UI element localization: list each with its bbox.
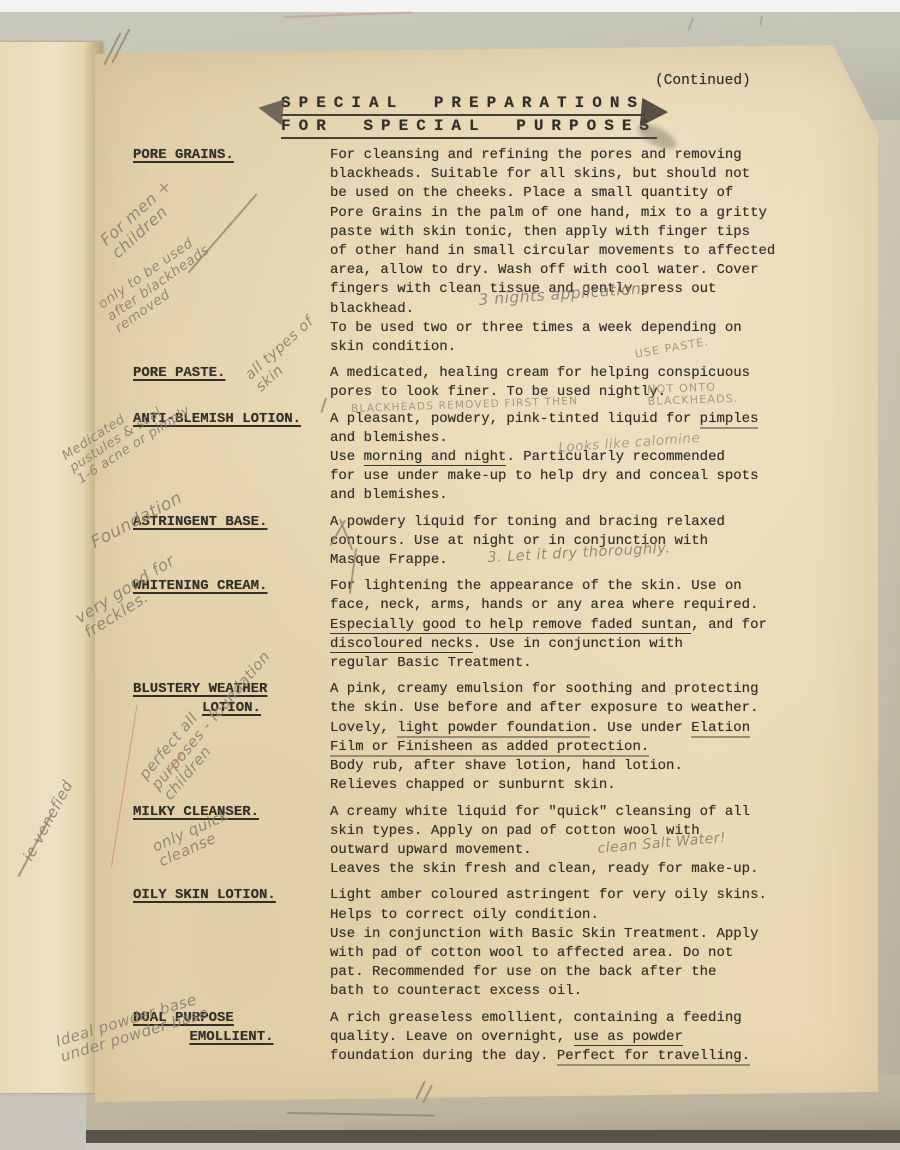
scanned-document: (Continued) SPECIAL PREPARATIONS FOR SPE…	[0, 0, 900, 1150]
section-body: A pleasant, powdery, pink-tinted liquid …	[330, 410, 823, 506]
section-body: Light amber coloured astringent for very…	[330, 886, 823, 1001]
annotation-not-onto-blackheads: NOT ONTOBLACKHEADS.	[647, 381, 739, 408]
section-oily-skin-lotion: OILY SKIN LOTION.Light amber coloured as…	[133, 886, 823, 1001]
title-left-arrow-mark	[257, 97, 285, 125]
section-heading: OILY SKIN LOTION.	[133, 886, 330, 1001]
continued-label: (Continued)	[655, 73, 751, 89]
bottom-left-corner-paper	[0, 1083, 86, 1150]
scan-bottom-strip	[0, 1143, 900, 1150]
section-body: For lightening the appearance of the ski…	[330, 577, 823, 673]
page-title-line2: FOR SPECIAL PURPOSES	[281, 116, 657, 139]
section-body: A creamy white liquid for "quick" cleans…	[330, 803, 823, 880]
document-page: (Continued) SPECIAL PREPARATIONS FOR SPE…	[95, 45, 878, 1103]
section-astringent-base: ASTRINGENT BASE.A powdery liquid for ton…	[133, 513, 823, 571]
page-title: SPECIAL PREPARATIONS FOR SPECIAL PURPOSE…	[281, 93, 657, 139]
section-pore-grains: PORE GRAINS.For cleansing and refining t…	[133, 146, 823, 357]
underlying-page-left	[0, 42, 102, 1093]
section-dual-purpose-emollient: DUAL PURPOSEEMOLLIENT.A rich greaseless …	[133, 1009, 823, 1067]
section-body: A rich greaseless emollient, containing …	[330, 1009, 823, 1067]
section-body: A pink, creamy emulsion for soothing and…	[330, 680, 823, 795]
sections-list: PORE GRAINS.For cleansing and refining t…	[133, 146, 823, 1073]
page-title-line1: SPECIAL PREPARATIONS	[281, 93, 645, 116]
section-anti-blemish-lotion: ANTI-BLEMISH LOTION.A pleasant, powdery,…	[133, 410, 823, 506]
section-body: For cleansing and refining the pores and…	[330, 146, 823, 357]
